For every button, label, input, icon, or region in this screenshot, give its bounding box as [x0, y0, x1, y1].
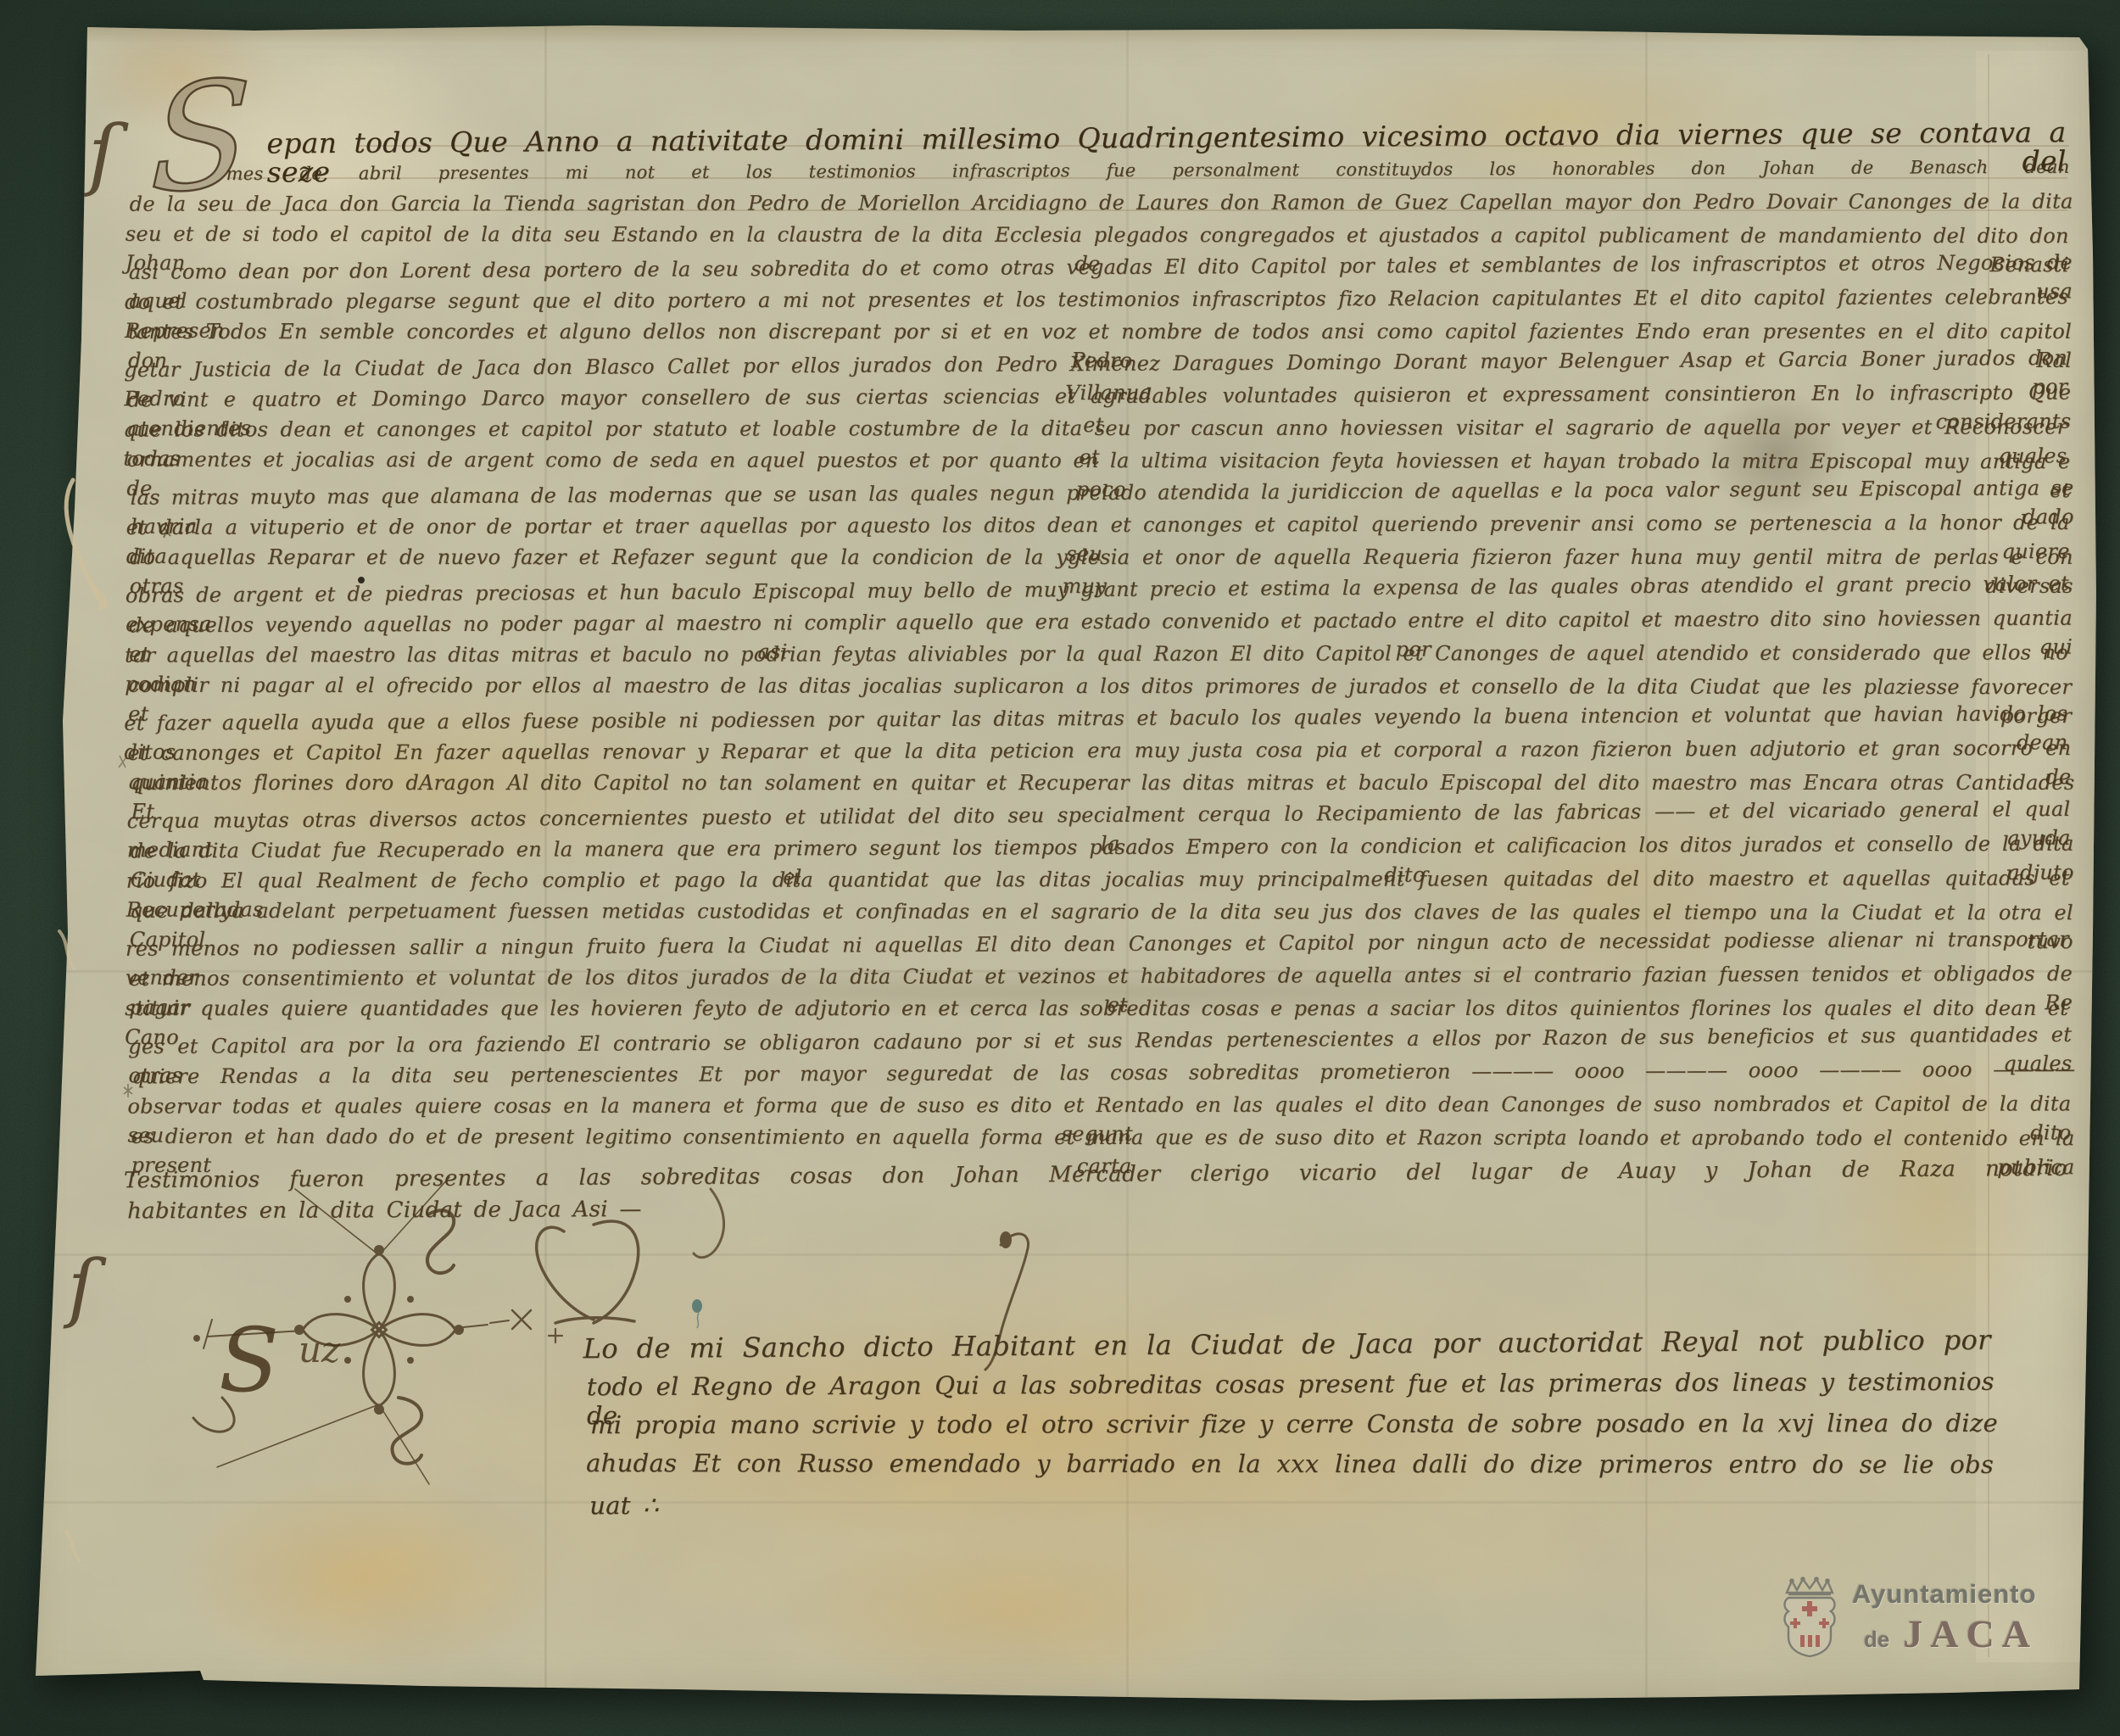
witness-text-block: Testimonios fueron presentes a las sobre…	[127, 1158, 2071, 1239]
flourish-initial	[537, 1221, 639, 1342]
stamp-line1: Ayuntamiento	[1852, 1579, 2064, 1610]
parchment: epan todos Que Anno a nativitate domini …	[0, 0, 2120, 1736]
parchment-wrap: epan todos Que Anno a nativitate domini …	[0, 0, 2120, 1736]
signum-letter: S	[219, 1309, 279, 1412]
manuscript-line: todo el Regno de Aragon Qui a las sobred…	[587, 1367, 1994, 1406]
manuscript-line: et canonges et Capitol En fazer aquellas…	[127, 734, 2071, 773]
manuscript-line: Lo de mi Sancho dicto Habitant en la Ciu…	[583, 1326, 1991, 1368]
stamp-line2-small: de	[1864, 1627, 1889, 1653]
blue-ink-spot	[692, 1299, 702, 1328]
manuscript-line: habitantes en la dita Ciudat de Jaca Asi…	[127, 1195, 642, 1231]
manuscript-line: rio fizo El qual Realment de fecho compl…	[126, 863, 2070, 900]
manuscript-line: do et costumbrado plegarse segunt que el…	[125, 282, 2068, 321]
main-text-block: epan todos Que Anno a nativitate domini …	[126, 121, 2072, 1169]
manuscript-line: mi propia mano scrivie y todo el otro sc…	[590, 1409, 1998, 1444]
margin-paraph-icon: ſ	[88, 109, 117, 199]
margin-paraph-icon: ſ	[68, 1243, 96, 1331]
illuminated-initial: S	[148, 59, 253, 215]
signum-letters-small: uz	[298, 1329, 341, 1370]
photographed-manuscript: epan todos Que Anno a nativitate domini …	[0, 0, 2120, 1736]
manuscript-line: et darla a vituperio et de onor de porta…	[126, 508, 2070, 547]
stamp-line2-big: JACA	[1903, 1611, 2038, 1656]
notary-subscription-block: Lo de mi Sancho dicto Habitant en la Ciu…	[587, 1328, 1995, 1552]
manuscript-line: ahudas Et con Russo emendado y barriado …	[586, 1449, 1994, 1484]
town-hall-stamp: Ayuntamiento de JACA	[1779, 1574, 2067, 1676]
manuscript-line: observar todas et quales quiere cosas en…	[127, 1089, 2071, 1125]
manuscript-line: et menos consentimiento et voluntat de l…	[129, 959, 2073, 998]
manuscript-line: tar aquellas del maestro las ditas mitra…	[125, 638, 2068, 674]
manuscript-line: que los ditos dean et canonges et capito…	[123, 412, 2067, 449]
manuscript-line: es dieron et han dado do et de present l…	[131, 1122, 2075, 1158]
manuscript-line: de la seu de Jaca don Garcia la Tienda s…	[130, 187, 2073, 223]
manuscript-line: uat ∴	[589, 1491, 659, 1525]
jaca-coat-of-arms-icon	[1779, 1574, 1840, 1662]
